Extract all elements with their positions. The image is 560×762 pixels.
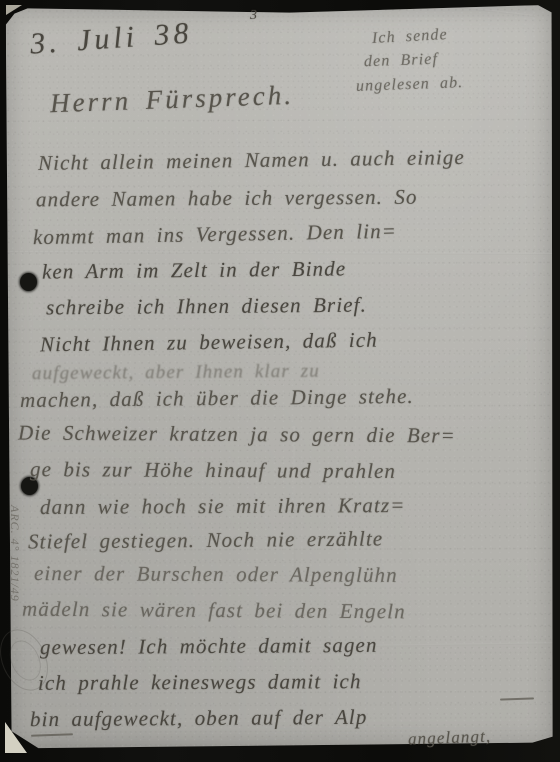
handwriting-line: Stiefel gestiegen. Noch nie erzählte	[28, 526, 383, 554]
punch-hole	[20, 273, 37, 291]
handwriting-line: gewesen! Ich möchte damit sagen	[40, 633, 378, 660]
handwriting-line: bin aufgeweckt, oben auf der Alp	[30, 705, 368, 732]
handwriting-line: machen, daß ich über die Dinge stehe.	[20, 384, 414, 413]
page-number: 3	[250, 8, 258, 24]
archive-shelfmark: ARC. 4° 1821/49	[7, 505, 22, 602]
handwriting-line: Die Schweizer kratzen ja so gern die Ber…	[18, 420, 456, 448]
handwriting-line: aufgeweckt, aber Ihnen klar zu	[32, 361, 320, 386]
corner-note-line: den Brief	[364, 51, 439, 72]
handwriting-line: andere Namen habe ich vergessen. So	[36, 185, 418, 213]
handwriting-line: ich prahle keineswegs damit ich	[38, 669, 362, 696]
handwriting-line-postscript: angelangt,	[408, 727, 492, 750]
handwriting-line: schreibe ich Ihnen diesen Brief.	[46, 293, 367, 321]
handwriting-line: einer der Burschen oder Alpenglühn	[34, 561, 398, 588]
handwriting-line: dann wie hoch sie mit ihren Kratz=	[40, 493, 406, 520]
handwriting-line: ge bis zur Höhe hinauf und prahlen	[30, 457, 396, 484]
fold-crease	[7, 251, 553, 255]
handwriting-line: ken Arm im Zelt in der Binde	[42, 256, 346, 284]
corner-note-line: ungelesen ab.	[356, 74, 464, 96]
handwriting-line: mädeln sie wären fast bei den Engeln	[22, 597, 406, 625]
handwriting-line: Nicht Ihnen zu beweisen, daß ich	[40, 328, 378, 358]
